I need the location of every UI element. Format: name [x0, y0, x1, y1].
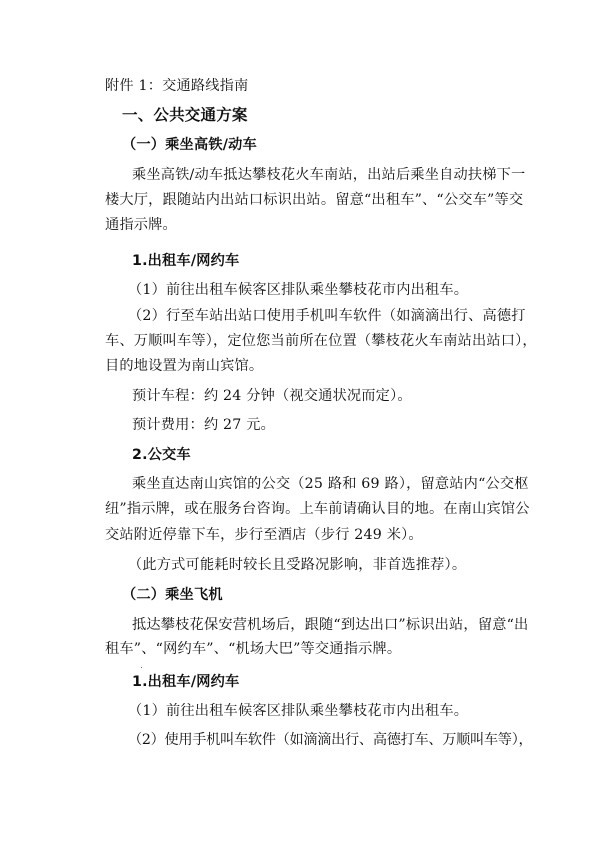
- estimated-time: 预计车程：约 24 分钟（视交通状况而定）。: [132, 387, 497, 405]
- item-heading-taxi-airport: 1.出租车/网约车: [132, 673, 497, 691]
- attachment-title: 附件 1：交通路线指南: [105, 77, 497, 95]
- list-item-continuation: 车、万顺叫车等），定位您当前所在位置（攀枝花火车南站出站口），: [105, 332, 497, 350]
- paragraph-line: 纽”指示牌，或在服务台咨询。上车前请确认目的地。在南山宾馆公: [105, 500, 497, 518]
- document-page: 附件 1：交通路线指南 一、公共交通方案 （一）乘坐高铁/动车 乘坐高铁/动车抵…: [0, 0, 595, 842]
- paragraph-line: 租车”、“网约车”、“机场大巴”等交通指示牌。: [105, 640, 497, 658]
- paragraph-line: 抵达攀枝花保安营机场后，跟随“到达出口”标识出站，留意“出: [132, 616, 497, 634]
- item-heading-bus: 2.公交车: [132, 446, 497, 464]
- list-item-continuation: 目的地设置为南山宾馆。: [105, 357, 497, 375]
- subsection-heading-plane: （二）乘坐飞机: [122, 586, 514, 604]
- list-item: （1）前往出租车候客区排队乘坐攀枝花市内出租车。: [128, 281, 520, 299]
- section-heading-public-transport: 一、公共交通方案: [122, 106, 514, 124]
- paragraph-line: 乘坐直达南山宾馆的公交（25 路和 69 路），留意站内“公交枢: [132, 475, 497, 493]
- paragraph-line: 楼大厅，跟随站内出站口标识出站。留意“出租车”、“公交车”等交: [105, 191, 497, 209]
- stray-mark: [141, 667, 142, 668]
- subsection-heading-train: （一）乘坐高铁/动车: [122, 136, 514, 154]
- list-item: （2）行至车站出站口使用手机叫车软件（如滴滴出行、高德打: [128, 307, 497, 325]
- paragraph-line: 通指示牌。: [105, 216, 497, 234]
- list-item: （1）前往出租车候客区排队乘坐攀枝花市内出租车。: [128, 702, 520, 720]
- item-heading-taxi: 1.出租车/网约车: [132, 252, 497, 270]
- estimated-cost: 预计费用：约 27 元。: [132, 416, 497, 434]
- paragraph-line: 乘坐高铁/动车抵达攀枝花火车南站，出站后乘坐自动扶梯下一: [132, 166, 497, 184]
- paragraph-line: 交站附近停靠下车，步行至酒店（步行 249 米）。: [105, 526, 497, 544]
- bus-note: （此方式可能耗时较长且受路况影响，非首选推荐）。: [128, 556, 520, 574]
- list-item: （2）使用手机叫车软件（如滴滴出行、高德打车、万顺叫车等），: [128, 731, 520, 749]
